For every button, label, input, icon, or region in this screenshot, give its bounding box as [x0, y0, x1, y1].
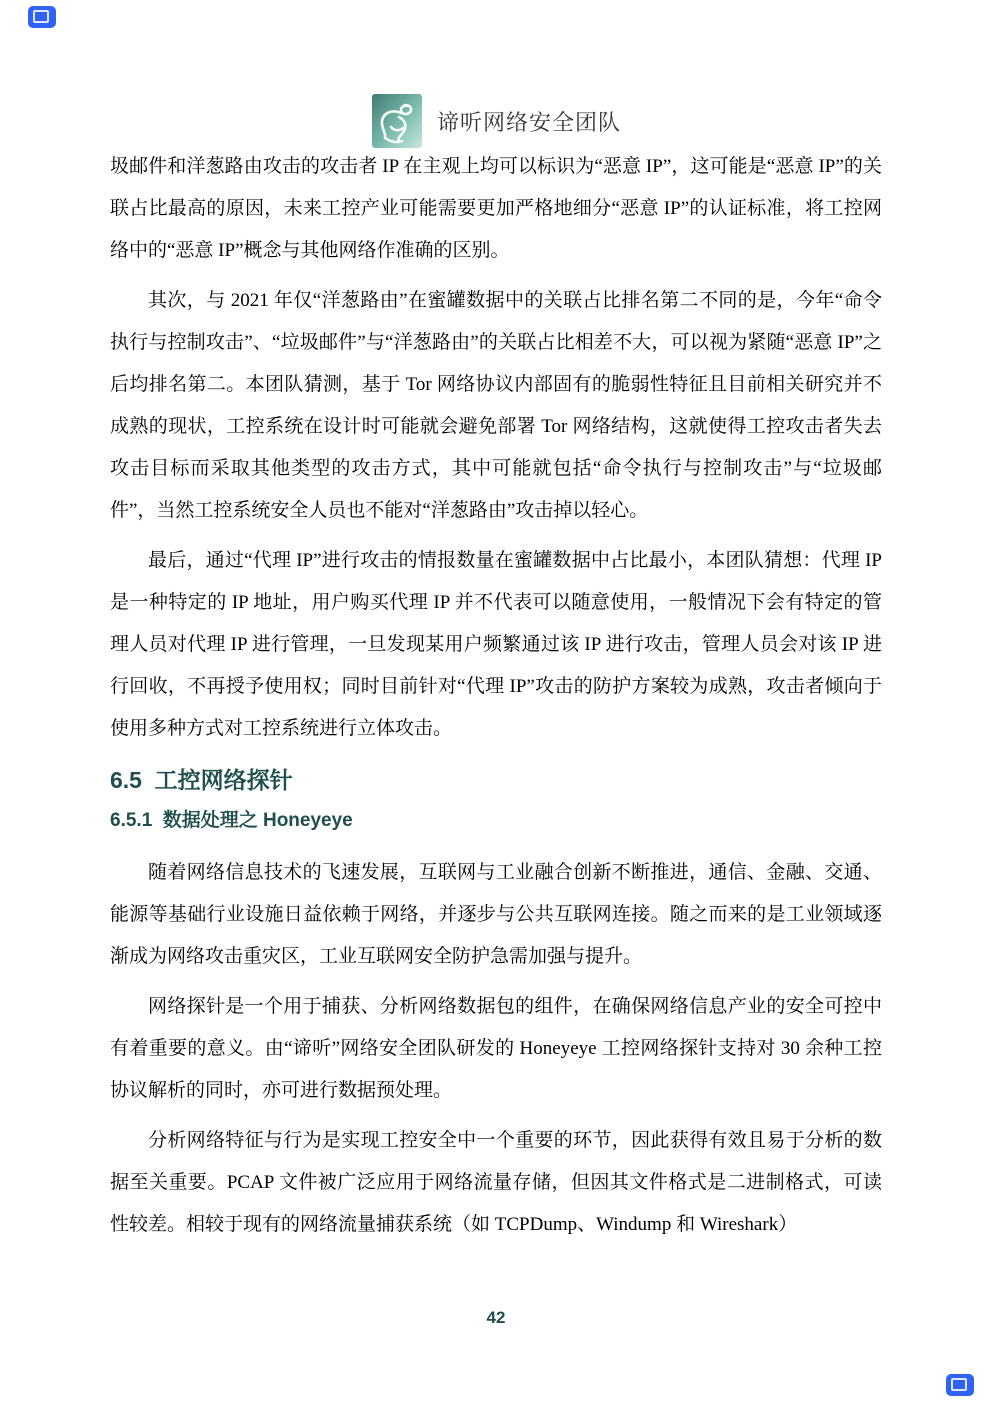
corner-accent-inner [33, 10, 49, 23]
paragraph-secondly: 其次，与 2021 年仅“洋葱路由”在蜜罐数据中的关联占比排名第二不同的是，今年… [110, 280, 882, 532]
paragraph-finally: 最后，通过“代理 IP”进行攻击的情报数量在蜜罐数据中占比最小，本团队猜想：代理… [110, 540, 882, 750]
section-heading-6-5: 6.5工控网络探针 [110, 764, 882, 796]
team-logo: 谛听网络安全团队 [0, 93, 992, 149]
page-number: 42 [487, 1308, 506, 1327]
subsection-title: 数据处理之 Honeyeye [163, 810, 353, 831]
paragraph-pcap: 分析网络特征与行为是实现工控安全中一个重要的环节，因此获得有效且易于分析的数据至… [110, 1120, 882, 1246]
document-body: 圾邮件和洋葱路由攻击的攻击者 IP 在主观上均可以标识为“恶意 IP”，这可能是… [110, 146, 882, 1254]
subsection-number: 6.5.1 [110, 810, 152, 831]
team-name: 谛听网络安全团队 [437, 106, 621, 137]
page-footer: 42 [0, 1308, 992, 1328]
diting-beast-seal-icon [371, 93, 423, 149]
section-number: 6.5 [110, 767, 142, 793]
corner-accent-inner [951, 1378, 967, 1391]
corner-accent-bottom-right [946, 1374, 974, 1396]
paragraph-probe-intro: 网络探针是一个用于捕获、分析网络数据包的组件，在确保网络信息产业的安全可控中有着… [110, 986, 882, 1112]
paragraph-network-development: 随着网络信息技术的飞速发展，互联网与工业融合创新不断推进，通信、金融、交通、能源… [110, 852, 882, 978]
paragraph-malicious-ip: 圾邮件和洋葱路由攻击的攻击者 IP 在主观上均可以标识为“恶意 IP”，这可能是… [110, 146, 882, 272]
subsection-heading-6-5-1: 6.5.1数据处理之 Honeyeye [110, 808, 882, 834]
section-title: 工控网络探针 [155, 767, 293, 793]
corner-accent-top-left [28, 6, 56, 28]
